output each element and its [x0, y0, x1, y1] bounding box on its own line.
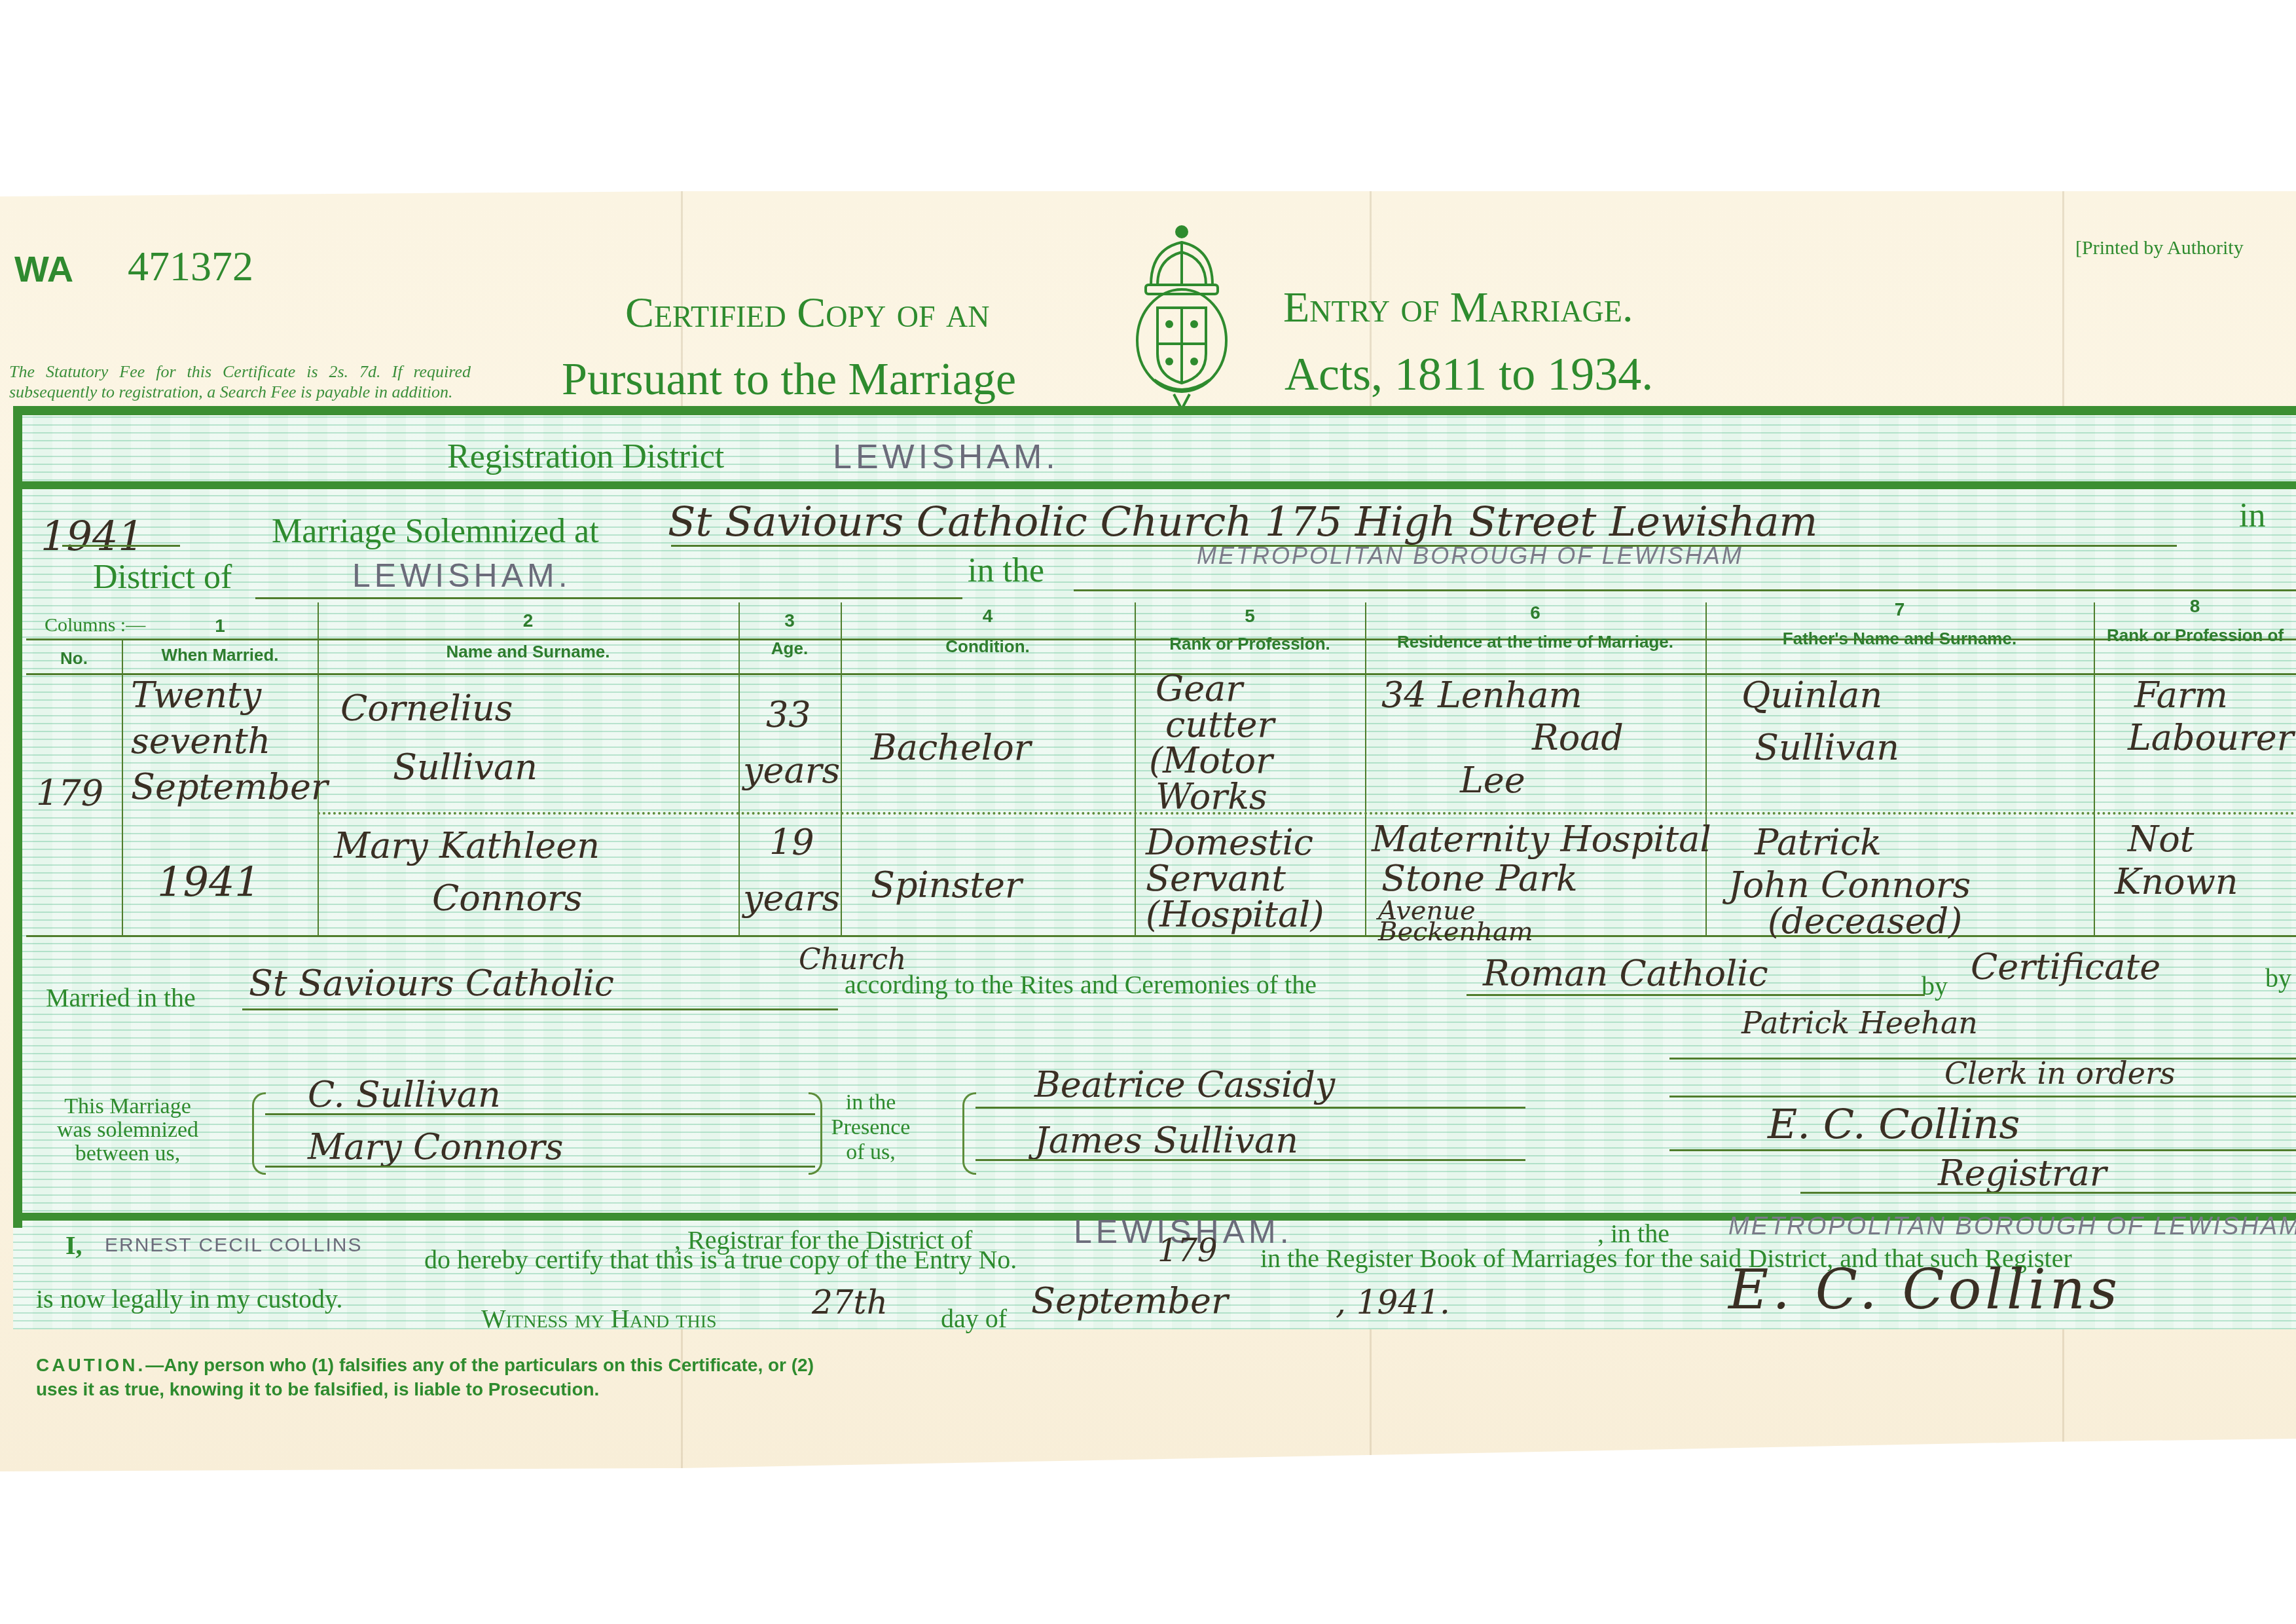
in-the-label: in the — [968, 551, 1044, 590]
party-signature: C. Sullivan — [308, 1074, 501, 1115]
header-name: Name and Surname. — [318, 642, 738, 662]
header-when-married: When Married. — [122, 645, 318, 665]
groom-residence-line: Road — [1532, 717, 1624, 758]
custody-text: is now legally in my custody. — [36, 1283, 342, 1314]
groom-father-name-line: Quinlan — [1741, 674, 1882, 716]
label-line: was solemnized — [49, 1118, 206, 1142]
district-of-label: District of — [93, 558, 232, 597]
cert-day: 27th — [812, 1283, 888, 1321]
bride-condition: Spinster — [871, 864, 1022, 906]
header-residence: Residence at the time of Marriage. — [1365, 632, 1705, 652]
groom-name-line: Sullivan — [393, 747, 538, 788]
underline — [62, 545, 180, 547]
title-certified-copy: Certified Copy of an — [625, 288, 989, 338]
statutory-fee-note: The Statutory Fee for this Certificate i… — [9, 361, 471, 402]
groom-profession-line: cutter — [1165, 704, 1274, 745]
registrar-signature: E. C. Collins — [1768, 1100, 2020, 1148]
col-divider — [122, 638, 123, 935]
solemnized-between-label: This Marriage was solemnized between us, — [49, 1095, 206, 1166]
party-signature: Mary Connors — [308, 1126, 563, 1168]
bride-father-profession-line: Known — [2115, 861, 2238, 902]
bride-name-line: Mary Kathleen — [334, 825, 600, 866]
underline — [1800, 1192, 2296, 1194]
bride-age-unit: years — [743, 877, 840, 919]
column-number: 8 — [2094, 596, 2296, 617]
column-number: 3 — [738, 610, 841, 631]
groom-age-unit: years — [743, 750, 840, 791]
when-married-year: 1941 — [157, 858, 261, 906]
groom-father-name-line: Sullivan — [1755, 727, 1899, 768]
when-married-line: seventh — [131, 720, 270, 762]
royal-coat-of-arms-icon — [1131, 223, 1233, 413]
form-left-border — [13, 409, 22, 1228]
bride-age: 19 — [769, 822, 814, 863]
caution-prefix: CAUTION. — [36, 1355, 145, 1375]
brace — [962, 1092, 976, 1175]
label-line: between us, — [49, 1142, 206, 1166]
certify-i-label: I, — [65, 1230, 82, 1261]
cert-entry-number: 179 — [1157, 1232, 1218, 1269]
underline — [265, 1113, 815, 1115]
marriage-year: 1941 — [41, 512, 144, 560]
rites-value: Roman Catholic — [1483, 953, 1768, 994]
registrar-title: Registrar — [1938, 1153, 2107, 1194]
col-divider — [1365, 602, 1366, 935]
cert-registrar-signature: E. C. Collins — [1728, 1257, 2121, 1321]
groom-condition: Bachelor — [871, 727, 1030, 768]
by-label-2: by — [2265, 963, 2291, 993]
serial-number: 471372 — [128, 242, 253, 291]
col-divider — [1705, 602, 1707, 935]
underline — [242, 1008, 838, 1010]
witness-signature: Beatrice Cassidy — [1034, 1064, 1335, 1105]
label-line: of us, — [828, 1140, 913, 1165]
title-pursuant: Pursuant to the Marriage — [562, 354, 1016, 406]
registration-district-label: Registration District — [447, 437, 724, 476]
bride-name-line: Connors — [432, 877, 582, 919]
col-divider — [2094, 602, 2095, 935]
bride-father-profession-line: Not — [2128, 819, 2194, 860]
caution-notice: CAUTION.—Any person who (1) falsifies an… — [36, 1353, 822, 1401]
bride-father-name-line: John Connors — [1728, 864, 1971, 906]
underline — [1074, 589, 2296, 591]
cert-year: , 1941. — [1336, 1283, 1450, 1321]
title-acts: Acts, 1811 to 1934. — [1285, 347, 1653, 401]
groom-residence-line: 34 Lenham — [1381, 674, 1582, 716]
column-number: 6 — [1365, 602, 1705, 623]
witness-hand-label: Witness my Hand this — [481, 1303, 717, 1334]
witness-signature: James Sullivan — [1034, 1120, 1298, 1161]
title-entry-of-marriage: Entry of Marriage. — [1283, 283, 1633, 333]
bride-father-name-line: Patrick — [1755, 822, 1882, 863]
married-in-label: Married in the — [46, 982, 196, 1013]
groom-profession-line: Gear — [1156, 668, 1243, 709]
underline — [975, 1159, 1525, 1161]
when-married-line: September — [131, 766, 328, 807]
row-separator — [318, 812, 2296, 815]
bride-residence-line: Stone Park — [1381, 858, 1578, 899]
certify-text-1: do hereby certify that this is a true co… — [424, 1244, 1017, 1275]
brace — [252, 1092, 266, 1175]
form-top-border — [13, 406, 2296, 415]
header-age: Age. — [738, 638, 841, 659]
groom-name-line: Cornelius — [340, 688, 513, 729]
header-father-profession: Rank or Profession of — [2094, 625, 2296, 646]
column-number: 5 — [1135, 606, 1365, 627]
column-number: 4 — [841, 606, 1135, 627]
when-married-line: Twenty — [131, 674, 261, 716]
column-number: 7 — [1705, 599, 2094, 620]
groom-profession-line: Works — [1156, 776, 1267, 817]
label-line: Presence — [828, 1115, 913, 1140]
underline — [265, 1166, 815, 1168]
day-of-label: day of — [941, 1303, 1007, 1334]
brace — [809, 1092, 822, 1175]
groom-age: 33 — [766, 694, 811, 735]
groom-father-profession-line: Farm — [2134, 674, 2228, 716]
in-label: in — [2239, 496, 2265, 535]
by-label: by — [1922, 970, 1948, 1001]
solemnized-label: Marriage Solemnized at — [272, 512, 599, 551]
registration-district-value: LEWISHAM. — [833, 437, 1059, 477]
header-no: No. — [26, 648, 122, 669]
label-line: in the — [828, 1090, 913, 1115]
solemnized-place: St Saviours Catholic Church 175 High Str… — [668, 498, 1817, 545]
rites-label: according to the Rites and Ceremonies of… — [845, 969, 1317, 1000]
borough-value: METROPOLITAN BOROUGH OF LEWISHAM — [1197, 542, 1743, 570]
underline — [1669, 1096, 2296, 1098]
divider — [13, 481, 2296, 489]
bride-residence-line: Maternity Hospital — [1372, 819, 1711, 860]
officiant-signature: Patrick Heehan — [1741, 1005, 1978, 1041]
presence-label: in the Presence of us, — [828, 1090, 913, 1165]
bride-father-name-line: (deceased) — [1768, 900, 1962, 942]
header-condition: Condition. — [841, 637, 1135, 657]
header-father-name: Father's Name and Surname. — [1705, 629, 2094, 649]
underline — [255, 597, 962, 599]
groom-profession-line: (Motor — [1149, 740, 1273, 781]
officiant-title: Clerk in orders — [1944, 1056, 2176, 1091]
underline — [1467, 994, 1925, 996]
underline — [975, 1107, 1525, 1109]
cert-month: September — [1031, 1280, 1228, 1321]
underline — [1669, 1149, 2296, 1151]
by-value: Certificate — [1971, 946, 2160, 987]
caution-text: —Any person who (1) falsifies any of the… — [36, 1355, 814, 1399]
district-of-value: LEWISHAM. — [352, 557, 572, 595]
registrar-name-stamp: ERNEST CECIL COLLINS — [105, 1234, 362, 1257]
column-number: 1 — [122, 616, 318, 637]
cert-borough-value: METROPOLITAN BOROUGH OF LEWISHAM — [1728, 1213, 2296, 1241]
printed-by-authority: [Printed by Authority — [2075, 237, 2244, 259]
serial-prefix: WA — [14, 248, 73, 290]
header-rank-profession: Rank or Profession. — [1135, 634, 1365, 654]
married-in-place: St Saviours Catholic — [249, 963, 614, 1004]
groom-residence-line: Lee — [1460, 760, 1525, 801]
label-line: This Marriage — [49, 1095, 206, 1118]
bride-residence-line: Beckenham — [1378, 917, 1533, 947]
column-number: 2 — [318, 610, 738, 631]
entry-number: 179 — [36, 773, 103, 814]
bride-profession-line: Domestic — [1146, 822, 1313, 863]
bride-profession-line: Servant — [1146, 858, 1286, 899]
bride-profession-line: (Hospital) — [1146, 894, 1324, 935]
groom-father-profession-line: Labourer — [2128, 717, 2294, 758]
